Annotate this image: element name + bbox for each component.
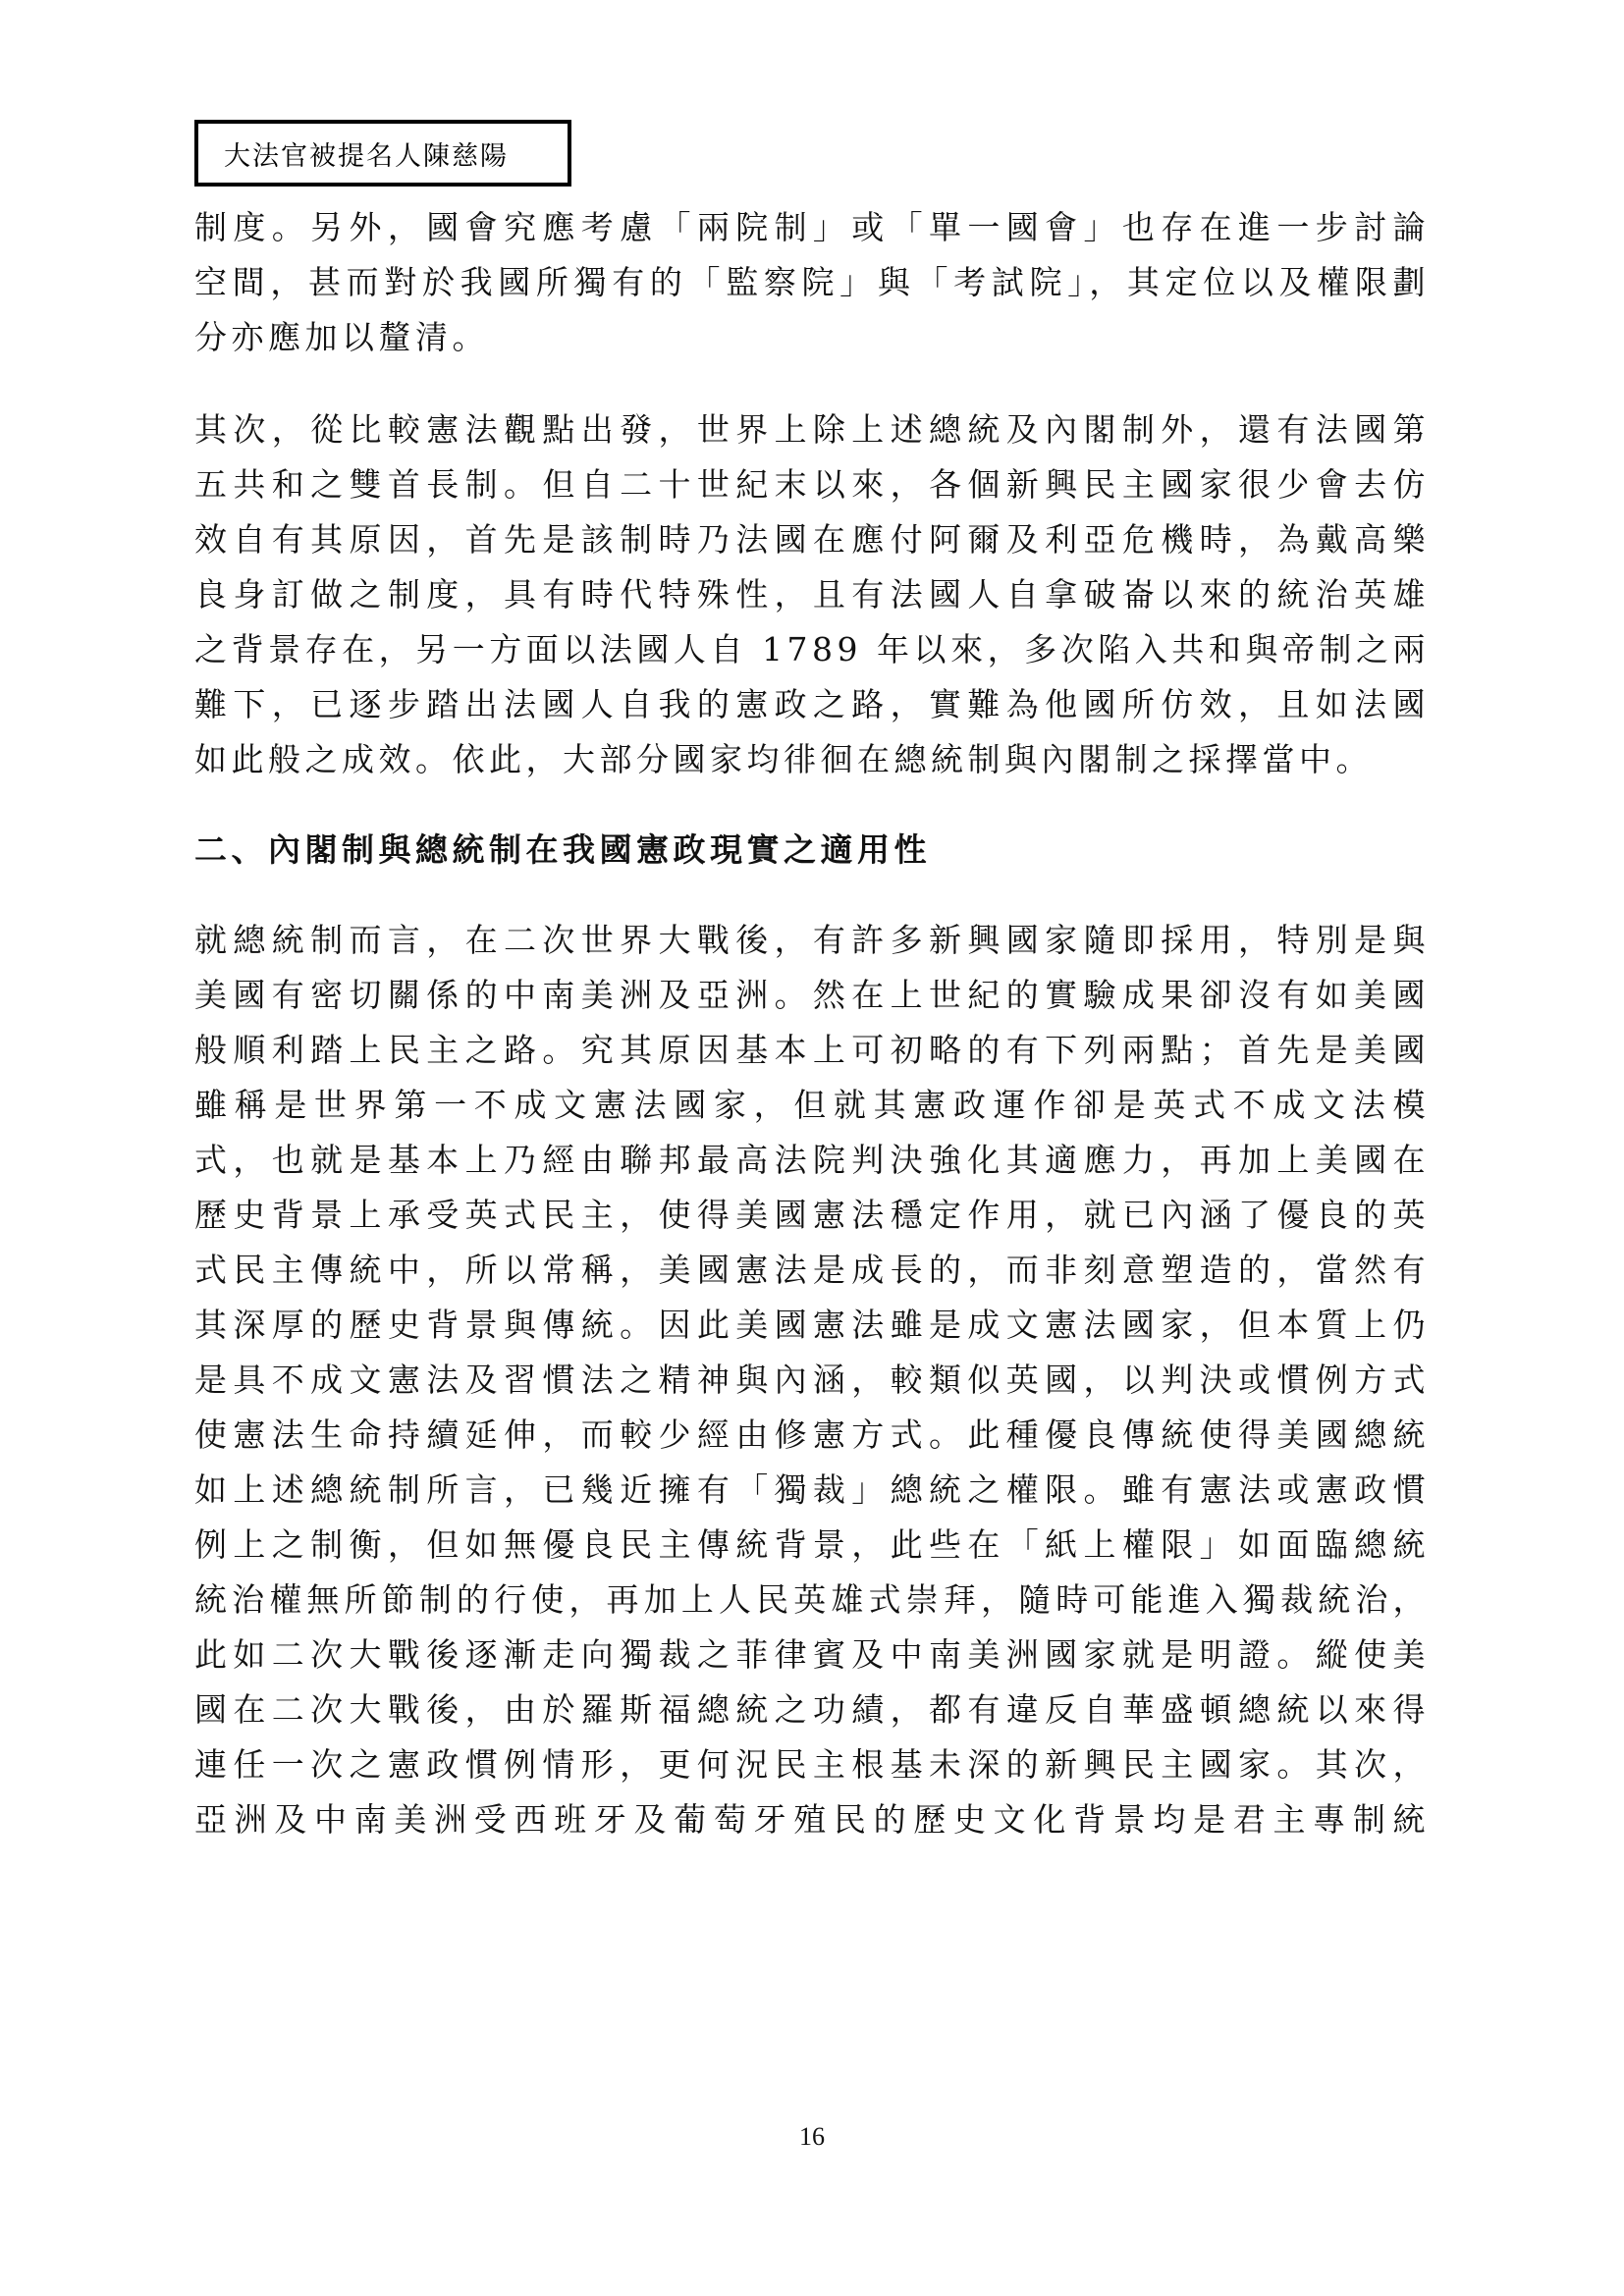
paragraph-spacer [194,365,1430,402]
text-line: 其次，從比較憲法觀點出發，世界上除上述總統及內閣制外，還有法國第 [194,402,1430,457]
section-heading: 二、內閣制與總統制在我國憲政現實之適用性 [194,823,1430,878]
text-line: 空間，甚而對於我國所獨有的「監察院」與「考試院」，其定位以及權限劃 [194,255,1430,310]
text-line: 良身訂做之制度，具有時代特殊性，且有法國人自拿破崙以來的統治英雄 [194,567,1430,622]
text-line: 般順利踏上民主之路。究其原因基本上可初略的有下列兩點；首先是美國 [194,1023,1430,1078]
text-line: 使憲法生命持續延伸，而較少經由修憲方式。此種優良傳統使得美國總統 [194,1408,1430,1463]
text-line: 式，也就是基本上乃經由聯邦最高法院判決強化其適應力，再加上美國在 [194,1133,1430,1188]
text-line: 其深厚的歷史背景與傳統。因此美國憲法雖是成文憲法國家，但本質上仍 [194,1298,1430,1353]
text-line: 分亦應加以釐清。 [194,310,1430,365]
text-line: 歷史背景上承受英式民主，使得美國憲法穩定作用，就已內涵了優良的英 [194,1188,1430,1243]
text-line: 此如二次大戰後逐漸走向獨裁之菲律賓及中南美洲國家就是明證。縱使美 [194,1628,1430,1682]
document-body: 制度。另外，國會究應考慮「兩院制」或「單一國會」也存在進一步討論 空間，甚而對於… [194,200,1430,1847]
text-line: 就總統制而言，在二次世界大戰後，有許多新興國家隨即採用，特別是與 [194,913,1430,968]
paragraph-2: 其次，從比較憲法觀點出發，世界上除上述總統及內閣制外，還有法國第 五共和之雙首長… [194,402,1430,787]
text-line: 五共和之雙首長制。但自二十世紀末以來，各個新興民主國家很少會去仿 [194,457,1430,512]
text-line: 制度。另外，國會究應考慮「兩院制」或「單一國會」也存在進一步討論 [194,200,1430,255]
text-line: 是具不成文憲法及習慣法之精神與內涵，較類似英國，以判決或慣例方式 [194,1353,1430,1408]
text-line: 難下，已逐步踏出法國人自我的憲政之路，實難為他國所仿效，且如法國 [194,677,1430,732]
paragraph-1: 制度。另外，國會究應考慮「兩院制」或「單一國會」也存在進一步討論 空間，甚而對於… [194,200,1430,365]
text-line: 雖稱是世界第一不成文憲法國家，但就其憲政運作卻是英式不成文法模 [194,1078,1430,1133]
text-line: 連任一次之憲政慣例情形，更何況民主根基未深的新興民主國家。其次， [194,1737,1430,1792]
nominee-header-label: 大法官被提名人陳慈陽 [224,134,509,173]
text-line: 美國有密切關係的中南美洲及亞洲。然在上世紀的實驗成果卻沒有如美國 [194,968,1430,1023]
text-line: 國在二次大戰後，由於羅斯福總統之功績，都有違反自華盛頓總統以來得 [194,1682,1430,1737]
text-line: 式民主傳統中，所以常稱，美國憲法是成長的，而非刻意塑造的，當然有 [194,1243,1430,1298]
nominee-header-box: 大法官被提名人陳慈陽 [194,120,571,187]
text-line: 效自有其原因，首先是該制時乃法國在應付阿爾及利亞危機時，為戴高樂 [194,512,1430,567]
paragraph-3: 就總統制而言，在二次世界大戰後，有許多新興國家隨即採用，特別是與 美國有密切關係… [194,913,1430,1847]
text-line: 如上述總統制所言，已幾近擁有「獨裁」總統之權限。雖有憲法或憲政慣 [194,1463,1430,1518]
text-line: 統治權無所節制的行使，再加上人民英雄式崇拜，隨時可能進入獨裁統治， [194,1573,1430,1628]
text-line: 如此般之成效。依此，大部分國家均徘徊在總統制與內閣制之採擇當中。 [194,732,1430,787]
page-number: 16 [0,2122,1624,2152]
document-page: 大法官被提名人陳慈陽 制度。另外，國會究應考慮「兩院制」或「單一國會」也存在進一… [0,0,1624,2296]
paragraph-spacer [194,878,1430,913]
text-line: 之背景存在，另一方面以法國人自 1789 年以來，多次陷入共和與帝制之兩 [194,622,1430,677]
paragraph-spacer [194,787,1430,823]
text-line: 例上之制衡，但如無優良民主傳統背景，此些在「紙上權限」如面臨總統 [194,1518,1430,1573]
text-line: 亞洲及中南美洲受西班牙及葡萄牙殖民的歷史文化背景均是君主專制統 [194,1792,1430,1847]
